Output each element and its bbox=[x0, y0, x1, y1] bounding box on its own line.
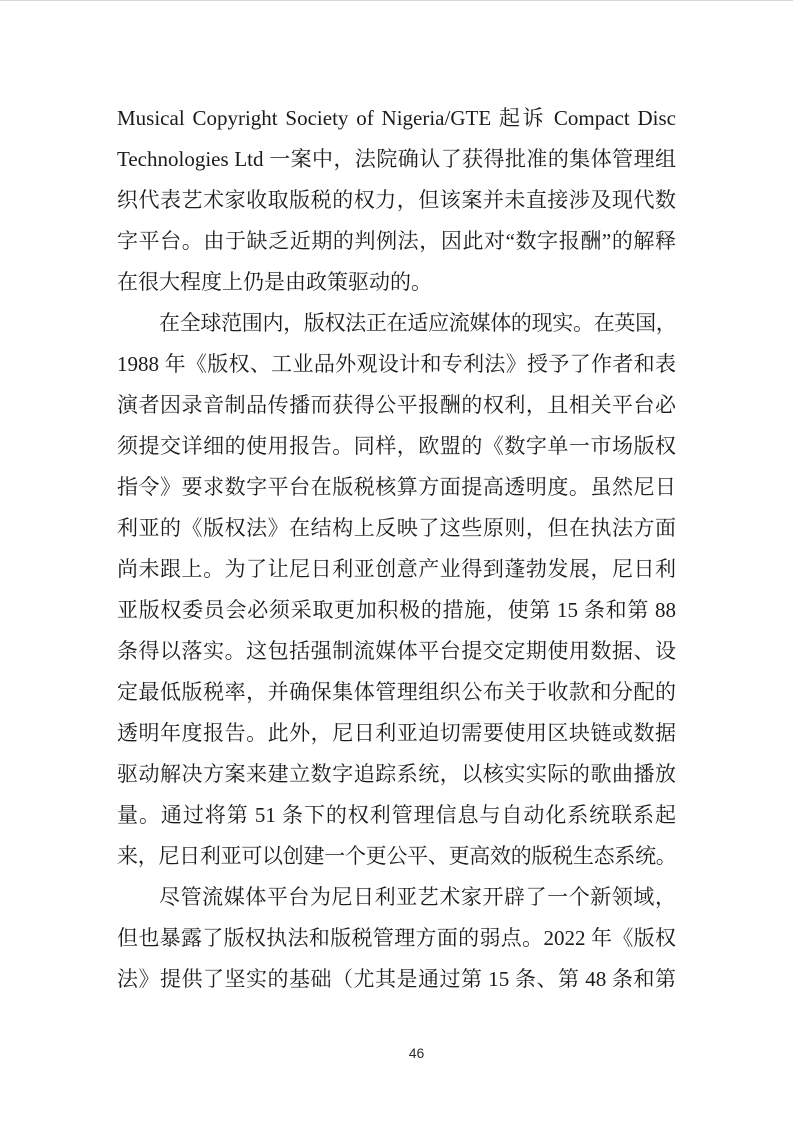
text-line: Technologies Ltd 一案中，法院确认了获得批准的集体管理组 bbox=[117, 139, 676, 180]
text-line: 指令》要求数字平台在版税核算方面提高透明度。虽然尼日 bbox=[117, 467, 676, 508]
document-body: Musical Copyright Society of Nigeria/GTE… bbox=[117, 98, 676, 1000]
text-line: 尚未跟上。为了让尼日利亚创意产业得到蓬勃发展，尼日利 bbox=[117, 549, 676, 590]
text-line: 量。通过将第 51 条下的权利管理信息与自动化系统联系起 bbox=[117, 795, 676, 836]
text-line: 1988 年《版权、工业品外观设计和专利法》授予了作者和表 bbox=[117, 344, 676, 385]
text-line: 法》提供了坚实的基础（尤其是通过第 15 条、第 48 条和第 bbox=[117, 959, 676, 1000]
text-line: 在很大程度上仍是由政策驱动的。 bbox=[117, 262, 676, 303]
text-line: 条得以落实。这包括强制流媒体平台提交定期使用数据、设 bbox=[117, 631, 676, 672]
text-line: 来，尼日利亚可以创建一个更公平、更高效的版税生态系统。 bbox=[117, 836, 676, 877]
page-number: 46 bbox=[409, 1045, 425, 1061]
text-line: 透明年度报告。此外，尼日利亚迫切需要使用区块链或数据 bbox=[117, 713, 676, 754]
text-line: 在全球范围内，版权法正在适应流媒体的现实。在英国， bbox=[117, 303, 676, 344]
text-line: 亚版权委员会必须采取更加积极的措施，使第 15 条和第 88 bbox=[117, 590, 676, 631]
text-line: Musical Copyright Society of Nigeria/GTE… bbox=[117, 98, 676, 139]
text-line: 尽管流媒体平台为尼日利亚艺术家开辟了一个新领域， bbox=[117, 877, 676, 918]
text-line: 驱动解决方案来建立数字追踪系统，以核实实际的歌曲播放 bbox=[117, 754, 676, 795]
text-line: 但也暴露了版权执法和版税管理方面的弱点。2022 年《版权 bbox=[117, 918, 676, 959]
page-footer: 46 bbox=[20, 1045, 793, 1063]
text-line: 演者因录音制品传播而获得公平报酬的权利，且相关平台必 bbox=[117, 385, 676, 426]
text-line: 织代表艺术家收取版税的权力，但该案并未直接涉及现代数 bbox=[117, 180, 676, 221]
text-line: 利亚的《版权法》在结构上反映了这些原则，但在执法方面 bbox=[117, 508, 676, 549]
text-line: 定最低版税率，并确保集体管理组织公布关于收款和分配的 bbox=[117, 672, 676, 713]
text-line: 字平台。由于缺乏近期的判例法，因此对“数字报酬”的解释 bbox=[117, 221, 676, 262]
text-line: 须提交详细的使用报告。同样，欧盟的《数字单一市场版权 bbox=[117, 426, 676, 467]
